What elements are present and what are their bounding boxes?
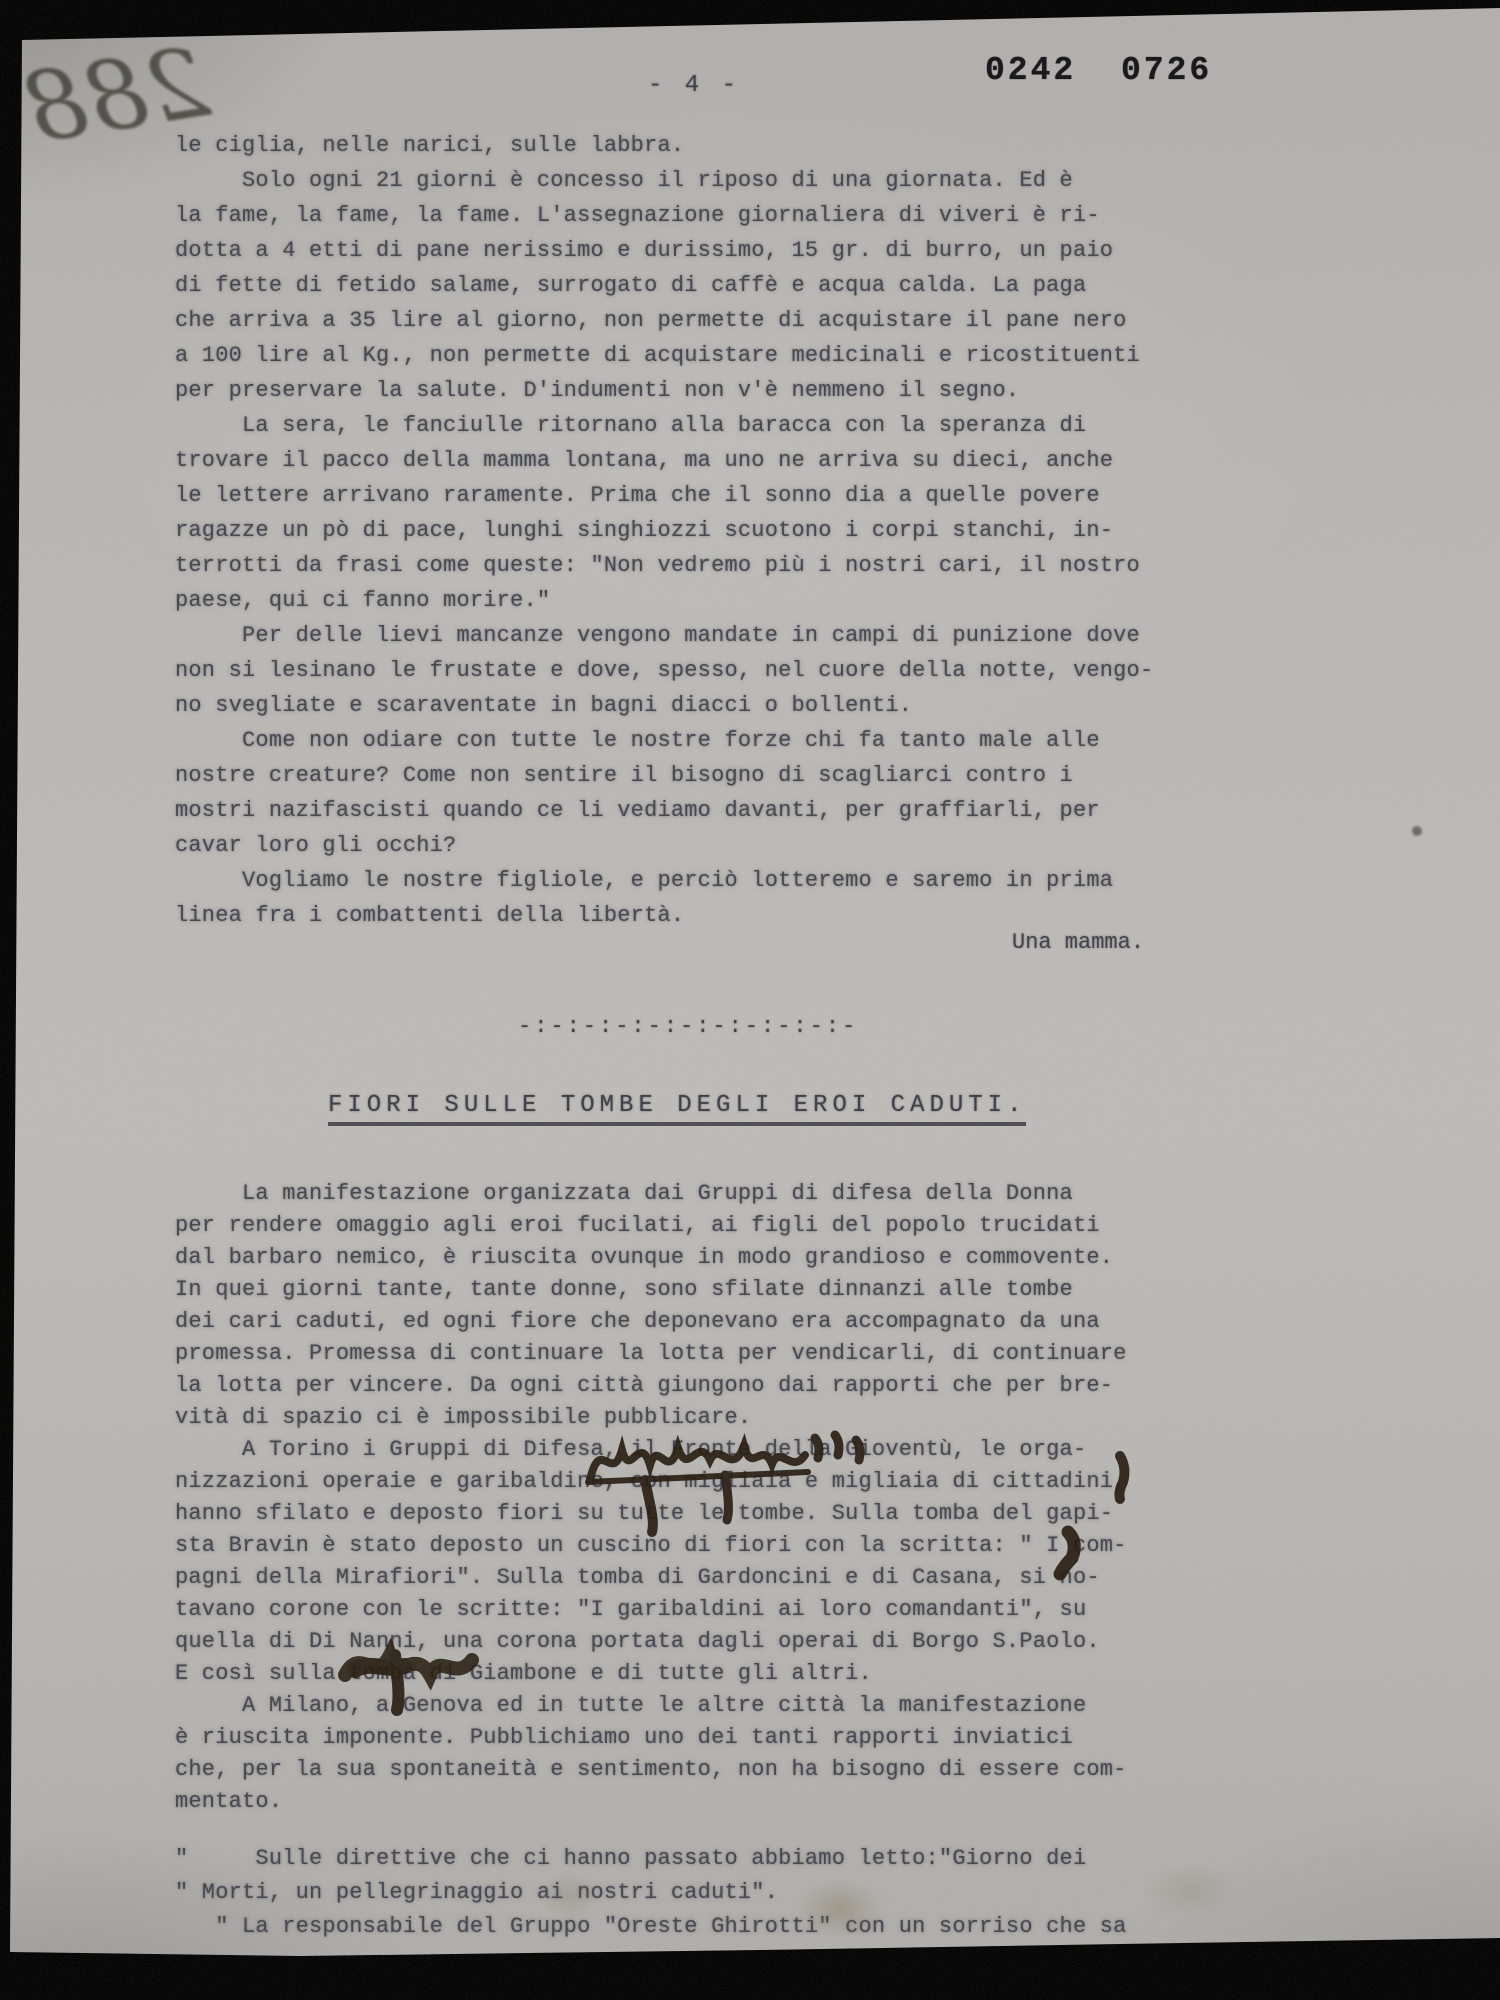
- document-page: 288 - 4 - 0242 0726 le ciglia, nelle nar…: [0, 0, 1500, 2000]
- ink-descender: [725, 1475, 728, 1520]
- ink-comma: [815, 1438, 819, 1458]
- ink-comma: [835, 1435, 839, 1455]
- report-quote: " Sulle direttive che ci hanno passato a…: [175, 1842, 1127, 1944]
- section-divider: -:-:-:-:-:-:-:-:-:-:-: [518, 1014, 858, 1039]
- ink-annotations-overlay: [300, 1420, 1200, 1740]
- ink-blot: [1119, 1456, 1124, 1499]
- letter-signature: Una mamma.: [1012, 930, 1144, 955]
- ink-strikethrough: [588, 1472, 808, 1482]
- paper-stain: [1140, 1862, 1240, 1918]
- page-number: - 4 -: [648, 72, 740, 99]
- ink-blot: [355, 1666, 404, 1670]
- paper-stain: [540, 1872, 600, 1920]
- scanned-document-photo: 288 - 4 - 0242 0726 le ciglia, nelle nar…: [0, 0, 1500, 2000]
- section-title: FIORI SULLE TOMBE DEGLI EROI CADUTI.: [328, 1092, 1026, 1126]
- ink-comma: [856, 1440, 860, 1460]
- ink-blot: [1060, 1532, 1074, 1574]
- letter-body: le ciglia, nelle narici, sulle labbra. S…: [175, 128, 1153, 933]
- archive-stamp-number: 0242 0726: [985, 52, 1212, 89]
- ink-speck: [1412, 826, 1422, 836]
- paper-stain: [795, 1878, 885, 1940]
- ink-descender: [645, 1480, 653, 1532]
